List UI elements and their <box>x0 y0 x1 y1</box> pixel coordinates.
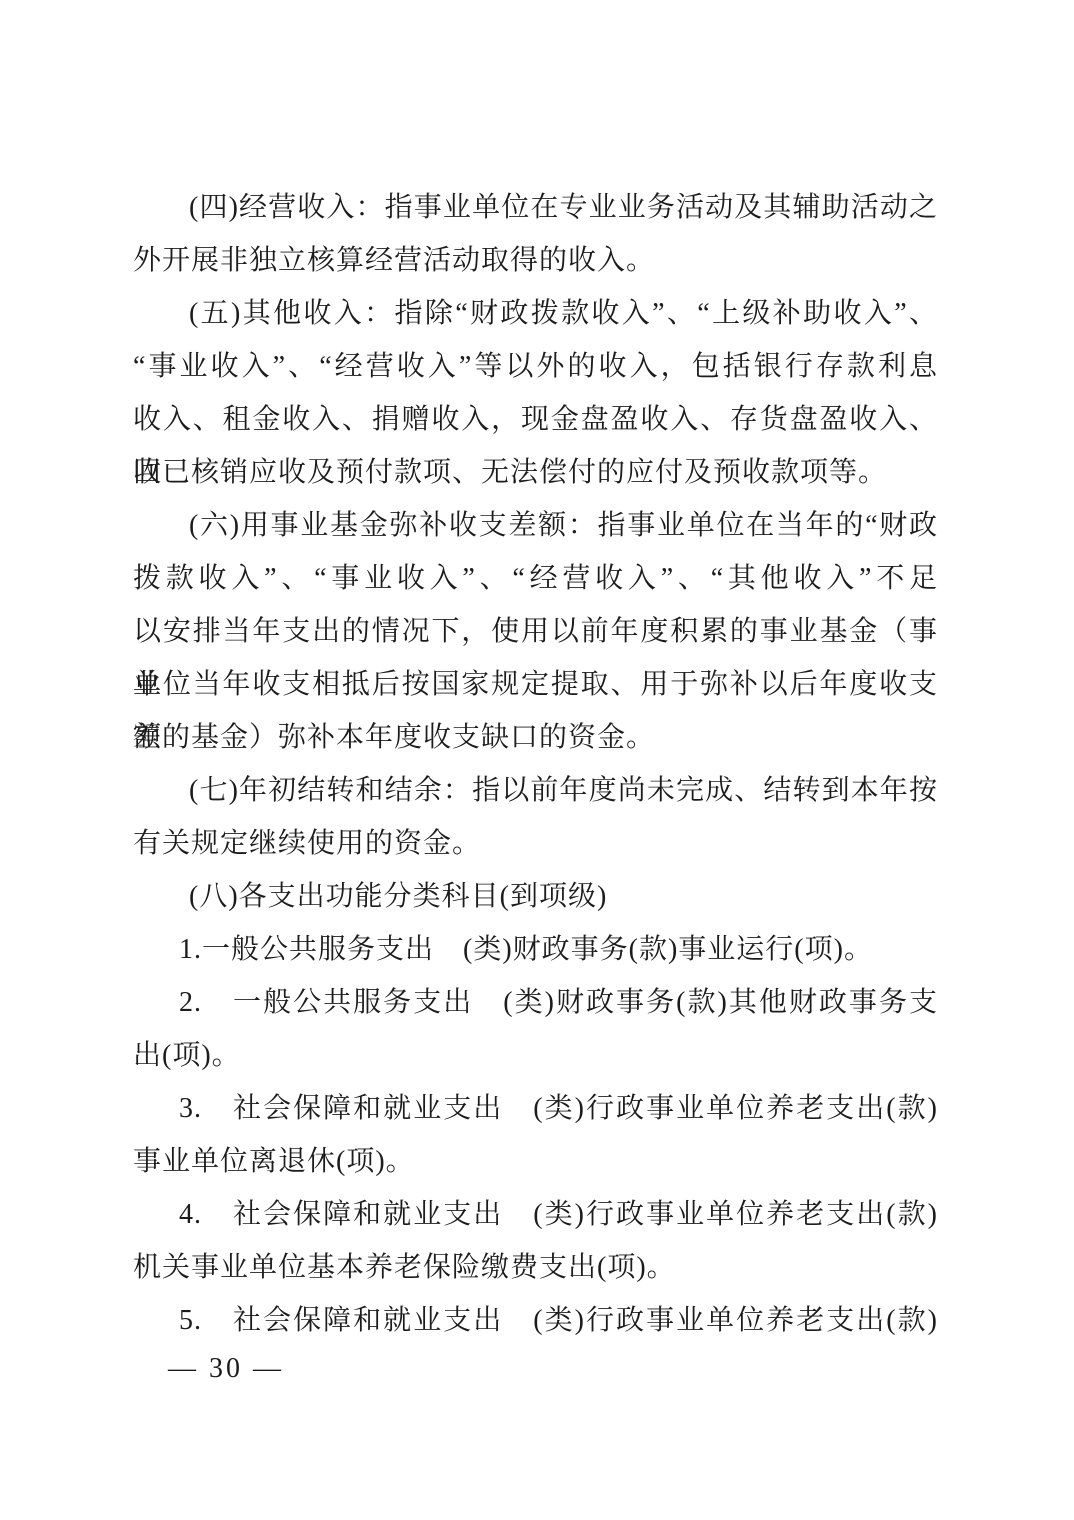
text-line: (五)其他收入：指除“财政拨款收入”、“上级补助收入”、 <box>133 287 938 340</box>
text-line: 出(项)。 <box>133 1029 938 1082</box>
text-line: 4. 社会保障和就业支出 (类)行政事业单位养老支出(款) <box>133 1188 938 1241</box>
text-line: 机关事业单位基本养老保险缴费支出(项)。 <box>133 1241 938 1294</box>
text-line: 拨款收入”、“事业收入”、“经营收入”、“其他收入”不足 <box>133 552 938 605</box>
text-line: 回已核销应收及预付款项、无法偿付的应付及预收款项等。 <box>133 446 938 499</box>
text-line: 有关规定继续使用的资金。 <box>133 817 938 870</box>
text-line: (八)各支出功能分类科目(到项级) <box>133 870 938 923</box>
text-line: 5. 社会保障和就业支出 (类)行政事业单位养老支出(款) <box>133 1294 938 1347</box>
text-line: 收入、租金收入、捐赠收入，现金盘盈收入、存货盘盈收入、收 <box>133 393 938 446</box>
text-line: 单位当年收支相抵后按国家规定提取、用于弥补以后年度收支差 <box>133 658 938 711</box>
text-line: 事业单位离退休(项)。 <box>133 1135 938 1188</box>
page-number: — 30 — <box>168 1349 284 1389</box>
document-page: (四)经营收入：指事业单位在专业业务活动及其辅助活动之 外开展非独立核算经营活动… <box>0 0 1074 1520</box>
text-line: 2. 一般公共服务支出 (类)财政事务(款)其他财政事务支 <box>133 976 938 1029</box>
text-line: 额的基金）弥补本年度收支缺口的资金。 <box>133 711 938 764</box>
text-line: 以安排当年支出的情况下，使用以前年度积累的事业基金（事业 <box>133 605 938 658</box>
text-line: (四)经营收入：指事业单位在专业业务活动及其辅助活动之 <box>133 181 938 234</box>
text-line: 外开展非独立核算经营活动取得的收入。 <box>133 234 938 287</box>
document-body: (四)经营收入：指事业单位在专业业务活动及其辅助活动之 外开展非独立核算经营活动… <box>133 181 938 1347</box>
text-line: 1.一般公共服务支出 (类)财政事务(款)事业运行(项)。 <box>133 923 938 976</box>
text-line: (七)年初结转和结余：指以前年度尚未完成、结转到本年按 <box>133 764 938 817</box>
text-line: 3. 社会保障和就业支出 (类)行政事业单位养老支出(款) <box>133 1082 938 1135</box>
text-line: (六)用事业基金弥补收支差额：指事业单位在当年的“财政 <box>133 499 938 552</box>
text-line: “事业收入”、“经营收入”等以外的收入，包括银行存款利息 <box>133 340 938 393</box>
